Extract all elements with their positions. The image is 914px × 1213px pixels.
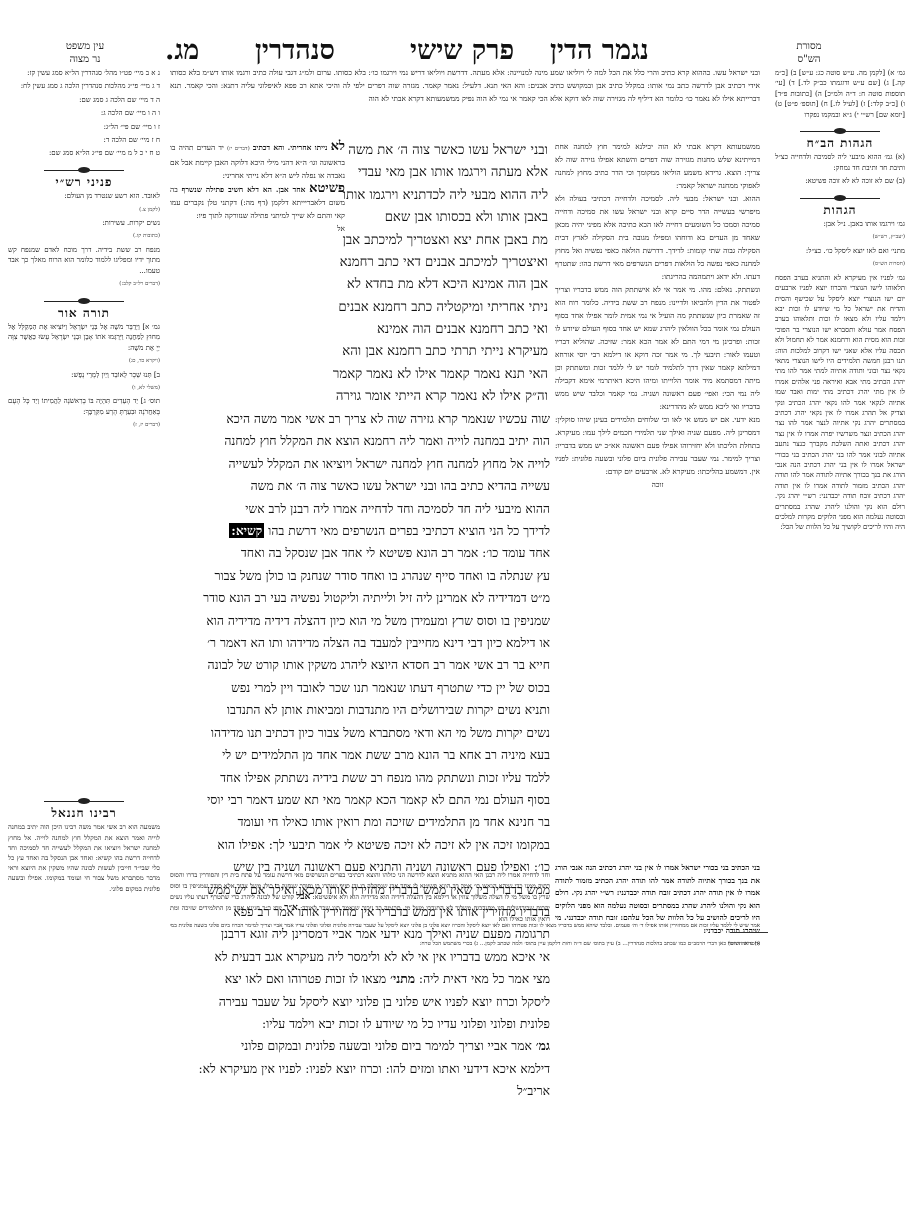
hagahot-bach-title: הגהות הב״ח xyxy=(775,138,905,148)
folio-number: מג. xyxy=(165,36,199,66)
ornament-divider xyxy=(44,167,124,173)
ein-mishpat-entry: ז ו מיי׳ שם פי״ הל״ג: xyxy=(8,122,160,132)
ein-mishpat-line2: נר מצוה xyxy=(50,53,120,66)
gemara-line-text: לדידך כל הני הוציא דכתיבי בפרים הנשרפים … xyxy=(268,524,550,538)
gemara-line: עץ שנתלה בו ואחד סייף שנהרג בו ואחד סודר… xyxy=(170,565,550,587)
gemara-line: חייא בר רב אשי אמר רב חסדא היוצא ליהרג מ… xyxy=(170,654,550,676)
gemara-line: ליה ההוא מבעי ליה לכדתניא וירגמו אותו xyxy=(178,185,548,207)
gemara-line: עשייה בהדיא כתיב בהו ובני ישראל עשו כאשר… xyxy=(170,475,550,497)
pninei-rashi-entry: לאובד. הוא רשע שנטרד מן העולם: xyxy=(8,191,160,201)
hagahot-entry: גמ׳ וירגמו אותו באבן. נ״ל אבן: xyxy=(775,219,905,229)
right-margin-column: גמ׳ א) [לקמן מה. ע״ש סוטה כג: ע״ש] ב) [כ… xyxy=(775,68,905,536)
rashi-paragraph: ההוא. ובני ישראל: מבעי ליה. לסמיכה ולדחי… xyxy=(555,192,760,283)
gemara-line: מ״ט דמדידיה לא אמרינן ליה זיל ולייתיה ול… xyxy=(170,587,550,609)
bottom-heading-ir: א״ר xyxy=(284,903,298,913)
mishnah-marker: מתני׳ xyxy=(390,971,415,986)
gemara-line: נשים יקרות משל מי הא ודאי מסתברא משל צבו… xyxy=(170,722,550,744)
torah-or-ref: (ויקרא כד, כג) xyxy=(8,356,160,366)
torah-or-entry: תוס׳ ג] יַד הָעֵדִים תִּהְיֶה בּוֹ בָרִא… xyxy=(8,396,160,417)
gemara-line: במקומו זיכה אין לא זיכה לא זיכה פשיטא לי… xyxy=(170,834,550,856)
torah-or-title: תורה אור xyxy=(8,308,160,318)
gemara-line: גמ׳ אמר אביי וצריך למימר ביום פלוני ובשע… xyxy=(170,1035,550,1057)
left-margin-column: נ א ב מיי׳ פט״ו מהל׳ סנהדרין הל״א סמג עש… xyxy=(8,68,160,434)
bottom-commentary-right: בני הכתיב בני בכורי ישראל אמרו לו אין בנ… xyxy=(555,862,760,950)
ein-mishpat-entry: ד ג מיי׳ פי״ג מהלכות סנהדרין הלכה ג סמג … xyxy=(8,81,160,91)
gemara-line: שוה עכשיו שנאמר קרא גזירה שוה לא צריך רב… xyxy=(170,408,550,430)
hagahot-bach-entry: (ב) שם לא זוכה לא לא זוכה פשיטא: xyxy=(775,176,905,186)
kasha-badge: קשיא: xyxy=(229,523,264,538)
bottom-commentary-left: וחד לדחייה אמרו ליה רבנן האי ההוא מתניא … xyxy=(170,870,550,925)
pninei-ref: (דברים רל״ב קלב:) xyxy=(8,279,160,289)
pninei-rashi-entry: מנפח רב ששת בידיה. דרך מוכח לאדם שמנפח ק… xyxy=(8,245,160,276)
gemara-line: דילמא איכא דידעי ואתו ומזים להו: וכרוז י… xyxy=(170,1058,550,1080)
ornament-divider xyxy=(800,195,880,201)
gemara-line: ללמד עליו זכות ונשתתק מהו מנפח רב ששת בי… xyxy=(170,767,550,789)
pninei-ref: (לקמן צ.) xyxy=(8,205,160,215)
gemara-line: בכוס של יין כדי שתטרף דעתו שנאמר תנו שכר… xyxy=(170,677,550,699)
gemara-line: ואי כתב רחמנא אבנים הוה אמינא xyxy=(178,319,548,341)
bottom-commentary-full-width: אמר שיש לי ללמד עליו זכות אם ממחזירין או… xyxy=(170,922,760,931)
rabbeinu-chananel-text: משמעה הוא רב אשי אמר משה רבינו היכן הוה … xyxy=(8,822,160,893)
gemara-line: הוה יתיב במחנה לוייה ואמר ליה רחמנא הוצא… xyxy=(170,430,550,452)
gemara-main-text-wide: שוה עכשיו שנאמר קרא גזירה שוה לא צריך רב… xyxy=(170,408,550,1103)
gemara-line: מצי אמר כל מאי דאית ליה: מתני׳ מצאו לו ז… xyxy=(170,968,550,990)
hagahot-title: הגהות xyxy=(775,205,905,215)
gemara-line: בר חנינא אחד מן התלמידים שזיכה ומת רואין… xyxy=(170,811,550,833)
gemara-line: אחד עומד כו׳: אמר רב הונא פשיטא לי אחד א… xyxy=(170,542,550,564)
talmud-page: מסורת הש"ס נגמר הדין פרק שישי סנהדרין מג… xyxy=(0,0,914,1213)
gemara-line: ותניא נשים יקרות שבירושלים היו מתנדבות ו… xyxy=(170,699,550,721)
gemara-line: אלא מעתה וירגמו אותו אבן מאי עבדי xyxy=(178,162,548,184)
ornament-divider xyxy=(800,128,880,134)
ornament-divider xyxy=(44,298,124,304)
pninei-rashi-entry: נשים יקרות. עשירות: xyxy=(8,218,160,228)
masoret-label-line2: הש"ס xyxy=(779,53,839,66)
gemara-line: בסוף העולם נמי התם לא קאמר הכא קאמר מאי … xyxy=(170,789,550,811)
gemara-line: פלונית ופלוני ופלוני עדיו כל מי שיודע לו… xyxy=(170,1013,550,1035)
hagahot-entry: גמ׳ לפניו אין מעיקרא לא והתניא בערב הפסח… xyxy=(775,273,905,533)
hagahot-entry: מתני׳ ואם לאו יוצא ליסקל כו׳. כצ״ל: xyxy=(775,246,905,256)
torah-or-entry: גמ׳ א] וַיְדַבֵּר מֹשֶׁה אֶל בְּנֵי יִשְ… xyxy=(8,322,160,353)
pninei-rashi-title: פניני רש״י xyxy=(8,177,160,187)
masoret-label-line1: מסורת xyxy=(779,40,839,53)
gemara-line: מת באבן אחת יצא ואצטריך למיכתב אבן xyxy=(178,230,548,252)
chapter-name: נגמר הדין xyxy=(550,36,649,66)
hagahot-ref: (חסרות הש״ס) xyxy=(775,259,905,269)
gemara-line: שמניפין בו וסוס שרץ ומעמידן משל מי הוא כ… xyxy=(170,610,550,632)
rashi-paragraph: ממשמעותא דקרא אבתי לא הוה יכילנא למימר ח… xyxy=(555,140,760,192)
gemara-line: ההוא מיבעי ליה חד לסמיכה וחד לדחייה אמרו… xyxy=(170,498,550,520)
gemara-main-text-narrow: ובני ישראל עשו כאשר צוה ה׳ את משה אלא מע… xyxy=(178,140,548,319)
rabbeinu-chananel: רבינו חננאל משמעה הוא רב אשי אמר משה רבי… xyxy=(8,790,160,897)
gemara-line: לדידך כל הני הוציא דכתיבי בפרים הנשרפים … xyxy=(170,520,550,542)
gemara-line: ובני ישראל עשו כאשר צוה ה׳ את משה xyxy=(178,140,548,162)
ein-mishpat-entry: נ א ב מיי׳ פט״ו מהל׳ סנהדרין הל״א סמג עש… xyxy=(8,68,160,78)
ein-mishpat-entry: ח ז מיי׳ שם הלכה ד: xyxy=(8,135,160,145)
rashi-paragraph: מנא ידעי. אם יש ממש אי לאו וכי שלוחים תל… xyxy=(555,413,760,478)
masoret-hashas-entries: גמ׳ א) [לקמן מה. ע״ש סוטה כג: ע״ש] ב) [כ… xyxy=(775,68,905,120)
pninei-ref: (כתובות קו.) xyxy=(8,231,160,241)
ein-mishpat-label: עין משפט נר מצוה xyxy=(50,40,120,66)
footnote-separator xyxy=(730,932,768,933)
gemara-line: בעא מיניה רב אחא בר הונא מרב ששת אמר אחד… xyxy=(170,744,550,766)
gemara-line: אריב״ל xyxy=(170,1080,550,1102)
ein-mishpat-entry: ה ד מיי׳ שם הלכה ג סמג שם: xyxy=(8,95,160,105)
tractate-name: סנהדרין xyxy=(255,36,335,66)
gemara-line: לוייה אל מחוץ למחנה חוץ למחנה ישראל ויוצ… xyxy=(170,453,550,475)
gemara-line: ליסקל וכרוז יוצא לפניו איש פלוני בן פלונ… xyxy=(170,991,550,1013)
gemara-line: או דילמא כיון דבי דינא מחייבין למעבד בה … xyxy=(170,632,550,654)
gemara-line: האי תנא נאמר קאמר אילו לא נאמר קאמר xyxy=(178,364,548,386)
masoret-hashas-label: מסורת הש"ס xyxy=(779,40,839,66)
ein-mishpat-line1: עין משפט xyxy=(50,40,120,53)
gemara-line: וה״ק אילו לא נאמר קרא הייתי אומר גוירה xyxy=(178,386,548,408)
commentary-top-band: ובני ישראל עשו. כההוא קרא כתיב והרי כלל … xyxy=(170,66,760,105)
gemara-line: באבן אותו ולא בכסותו אבן שאם xyxy=(178,207,548,229)
torah-or-ref: (דברים יז, ז) xyxy=(8,420,160,430)
bottom-heading-aval: אבל xyxy=(296,892,310,902)
rabbeinu-chananel-title: רבינו חננאל xyxy=(8,808,160,818)
torah-or-ref: (משלי לא, ו) xyxy=(8,383,160,393)
hagahot-ref: (יעב״ץ, רש״ש) xyxy=(775,232,905,242)
ein-mishpat-entry: ו ה ו מיי׳ שם הלכה ג: xyxy=(8,108,160,118)
gemara-marker: גמ׳ xyxy=(536,1038,550,1053)
gemara-line: אבן הוה אמינא היכא דלא מת בחדא לא xyxy=(178,274,548,296)
rashi-tail: זוכה xyxy=(555,478,760,491)
rashi-commentary: ממשמעותא דקרא אבתי לא הוה יכילנא למימר ח… xyxy=(555,140,760,491)
ein-mishpat-entry: ט ח י כ ל מ מיי׳ שם פי״ג הל״א סמג שם: xyxy=(8,148,160,158)
chapter-number: פרק שישי xyxy=(410,36,514,66)
gemara-line: מעיקרא נייתי תרתי כתב רחמנא אבן והא xyxy=(178,341,548,363)
gemara-line-text: מצי אמר כל מאי דאית ליה: xyxy=(419,972,550,986)
gemara-line-text: אמר אביי וצריך למימר ביום פלוני ובשעה פל… xyxy=(241,1039,532,1053)
gemara-line: ואיצטריך למיכתב אבנים דאי כתב רחמנא xyxy=(178,252,548,274)
ornament-divider xyxy=(44,798,124,804)
rashi-paragraph: ונשתתק. נאלם: מהו. מי אמר אי לא אישתתק ה… xyxy=(555,283,760,413)
footnotes: א) נראה דחסר כאן דברי הרמב״ם כמו שכתב בה… xyxy=(170,940,760,949)
gemara-main-text-mid: ואי כתב רחמנא אבנים הוה אמינא מעיקרא ניי… xyxy=(178,319,548,409)
mishnah-text: מצאו לו זכות פטרוהו ואם לאו יצא xyxy=(225,972,387,986)
torah-or-entry: ב] תְּנוּ שֵׁכָר לְאוֹבֵד וְיַיִן לְמָרֵ… xyxy=(8,370,160,380)
gemara-line: ניתי אחריתי ומיקטליה כתב רחמנא אבנים xyxy=(178,297,548,319)
hagahot-bach-entry: (א) גמ׳ ההוא מיבעי ליה לסמיכה ולדחייה כצ… xyxy=(775,152,905,173)
gemara-line: אי איכא ממש בדבריו אין אי לא לא ולימסר ל… xyxy=(170,946,550,968)
